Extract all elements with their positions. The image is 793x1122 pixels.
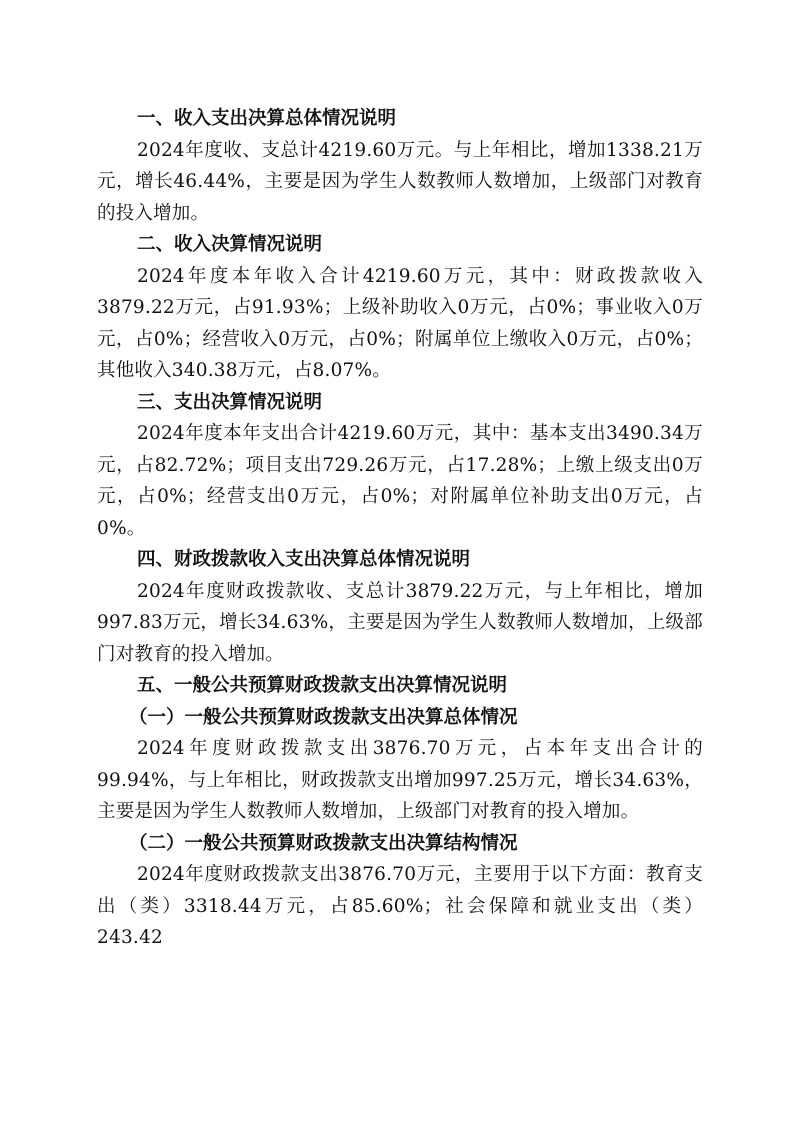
- section-paragraph-3: 2024年度本年支出合计4219.60万元，其中：基本支出3490.34万元，占…: [97, 418, 703, 544]
- section-heading-2: 二、收入决算情况说明: [97, 229, 703, 261]
- section-heading-5: 五、一般公共预算财政拨款支出决算情况说明: [97, 670, 703, 702]
- section-paragraph-1: 2024年度收、支总计4219.60万元。与上年相比，增加1338.21万元，增…: [97, 135, 703, 230]
- section-heading-4: 四、财政拨款收入支出决算总体情况说明: [97, 544, 703, 576]
- subsection-heading-5-2: （二）一般公共预算财政拨款支出决算结构情况: [97, 828, 703, 860]
- section-heading-3: 三、支出决算情况说明: [97, 387, 703, 419]
- section-paragraph-4: 2024年度财政拨款收、支总计3879.22万元，与上年相比，增加997.83万…: [97, 576, 703, 671]
- section-heading-1: 一、收入支出决算总体情况说明: [97, 103, 703, 135]
- document-page: 一、收入支出决算总体情况说明 2024年度收、支总计4219.60万元。与上年相…: [97, 103, 703, 954]
- section-paragraph-2: 2024年度本年收入合计4219.60万元，其中：财政拨款收入3879.22万元…: [97, 261, 703, 387]
- subsection-paragraph-5-1: 2024年度财政拨款支出3876.70万元，占本年支出合计的99.94%，与上年…: [97, 733, 703, 828]
- subsection-paragraph-5-2: 2024年度财政拨款支出3876.70万元，主要用于以下方面：教育支出（类）33…: [97, 859, 703, 954]
- subsection-heading-5-1: （一）一般公共预算财政拨款支出决算总体情况: [97, 702, 703, 734]
